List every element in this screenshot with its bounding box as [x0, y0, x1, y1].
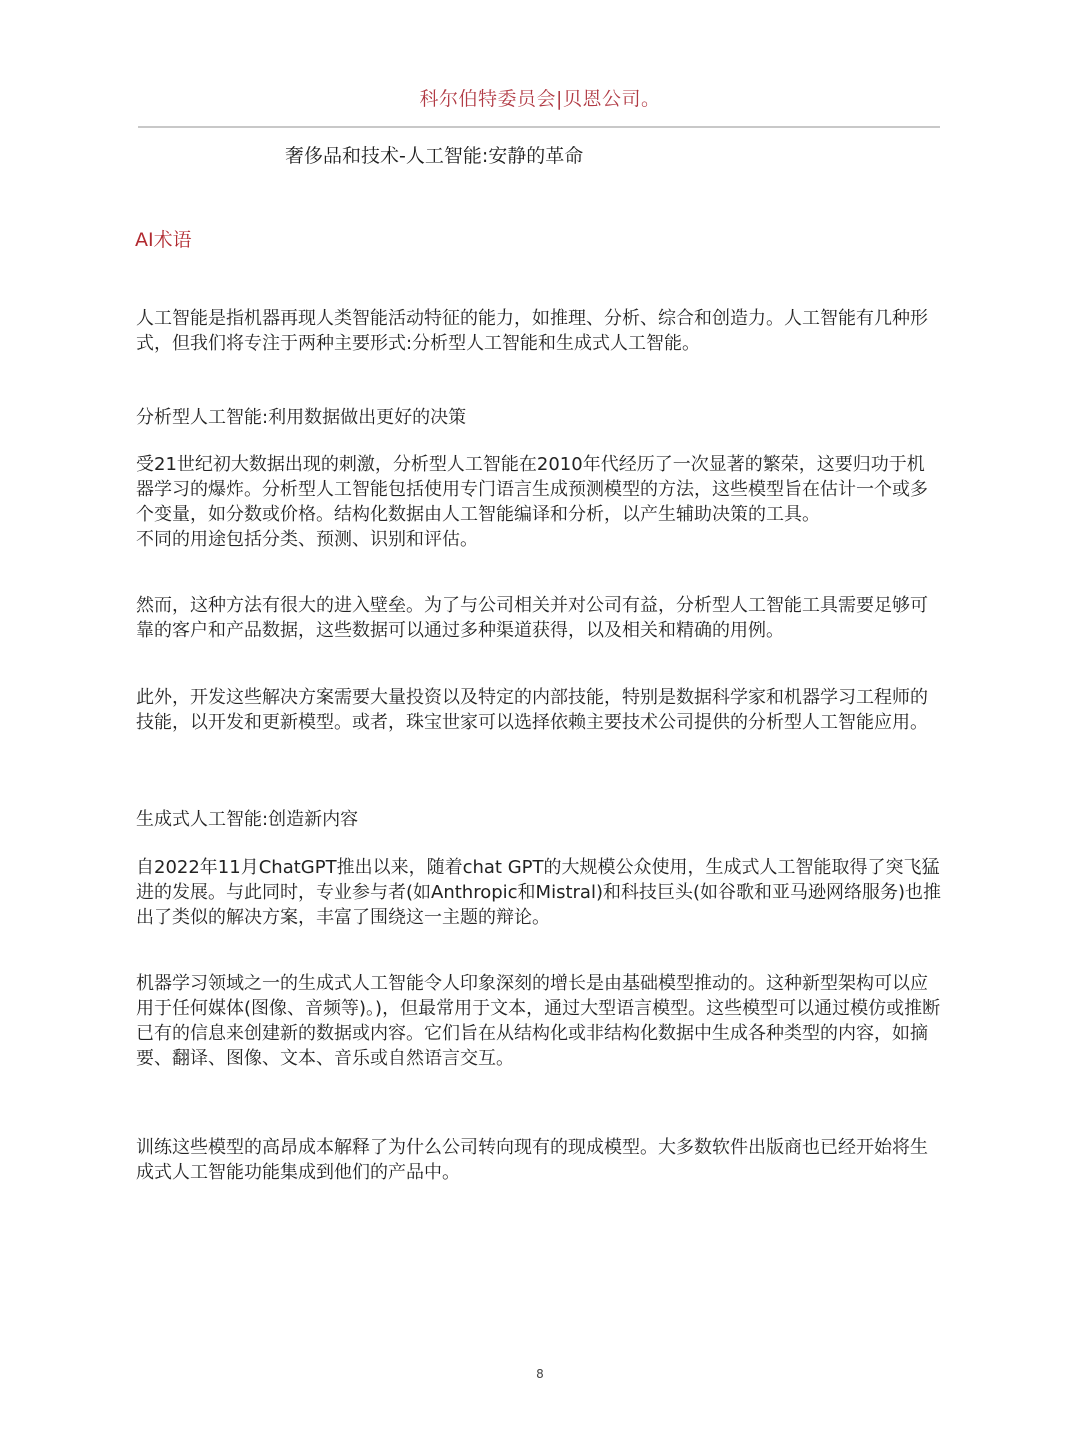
generative-heading: 生成式人工智能:创造新内容	[136, 805, 358, 831]
analytical-text-2: 然而，这种方法有很大的进入壁垒。为了与公司相关并对公司有益，分析型人工智能工具需…	[136, 593, 941, 643]
generative-paragraph-2: 机器学习领域之一的生成式人工智能令人印象深刻的增长是由基础模型推动的。这种新型架…	[136, 971, 941, 1071]
analytical-heading: 分析型人工智能:利用数据做出更好的决策	[136, 403, 466, 429]
generative-text-1: 自2022年11月ChatGPT推出以来，随着chat GPT的大规模公众使用，…	[136, 855, 941, 930]
page-number: 8	[0, 1367, 1080, 1381]
document-subtitle: 奢侈品和技术-人工智能:安静的革命	[285, 141, 583, 168]
header-organization: 科尔伯特委员会|贝恩公司。	[0, 84, 1080, 111]
analytical-text-1: 受21世纪初大数据出现的刺激，分析型人工智能在2010年代经历了一次显著的繁荣，…	[136, 452, 941, 527]
generative-paragraph-3: 训练这些模型的高昂成本解释了为什么公司转向现有的现成模型。大多数软件出版商也已经…	[136, 1135, 941, 1185]
analytical-paragraph-2: 然而，这种方法有很大的进入壁垒。为了与公司相关并对公司有益，分析型人工智能工具需…	[136, 593, 941, 643]
section-title: AI术语	[135, 225, 192, 252]
analytical-paragraph-3: 此外，开发这些解决方案需要大量投资以及特定的内部技能，特别是数据科学家和机器学习…	[136, 685, 941, 735]
analytical-paragraph-1: 受21世纪初大数据出现的刺激，分析型人工智能在2010年代经历了一次显著的繁荣，…	[136, 452, 941, 552]
analytical-text-1-uses: 不同的用途包括分类、预测、识别和评估。	[136, 527, 941, 552]
header-divider	[138, 126, 940, 128]
generative-paragraph-1: 自2022年11月ChatGPT推出以来，随着chat GPT的大规模公众使用，…	[136, 855, 941, 930]
intro-paragraph: 人工智能是指机器再现人类智能活动特征的能力，如推理、分析、综合和创造力。人工智能…	[136, 306, 941, 356]
generative-text-2: 机器学习领域之一的生成式人工智能令人印象深刻的增长是由基础模型推动的。这种新型架…	[136, 971, 941, 1071]
intro-text: 人工智能是指机器再现人类智能活动特征的能力，如推理、分析、综合和创造力。人工智能…	[136, 306, 941, 356]
generative-text-3: 训练这些模型的高昂成本解释了为什么公司转向现有的现成模型。大多数软件出版商也已经…	[136, 1135, 941, 1185]
analytical-text-3: 此外，开发这些解决方案需要大量投资以及特定的内部技能，特别是数据科学家和机器学习…	[136, 685, 941, 735]
